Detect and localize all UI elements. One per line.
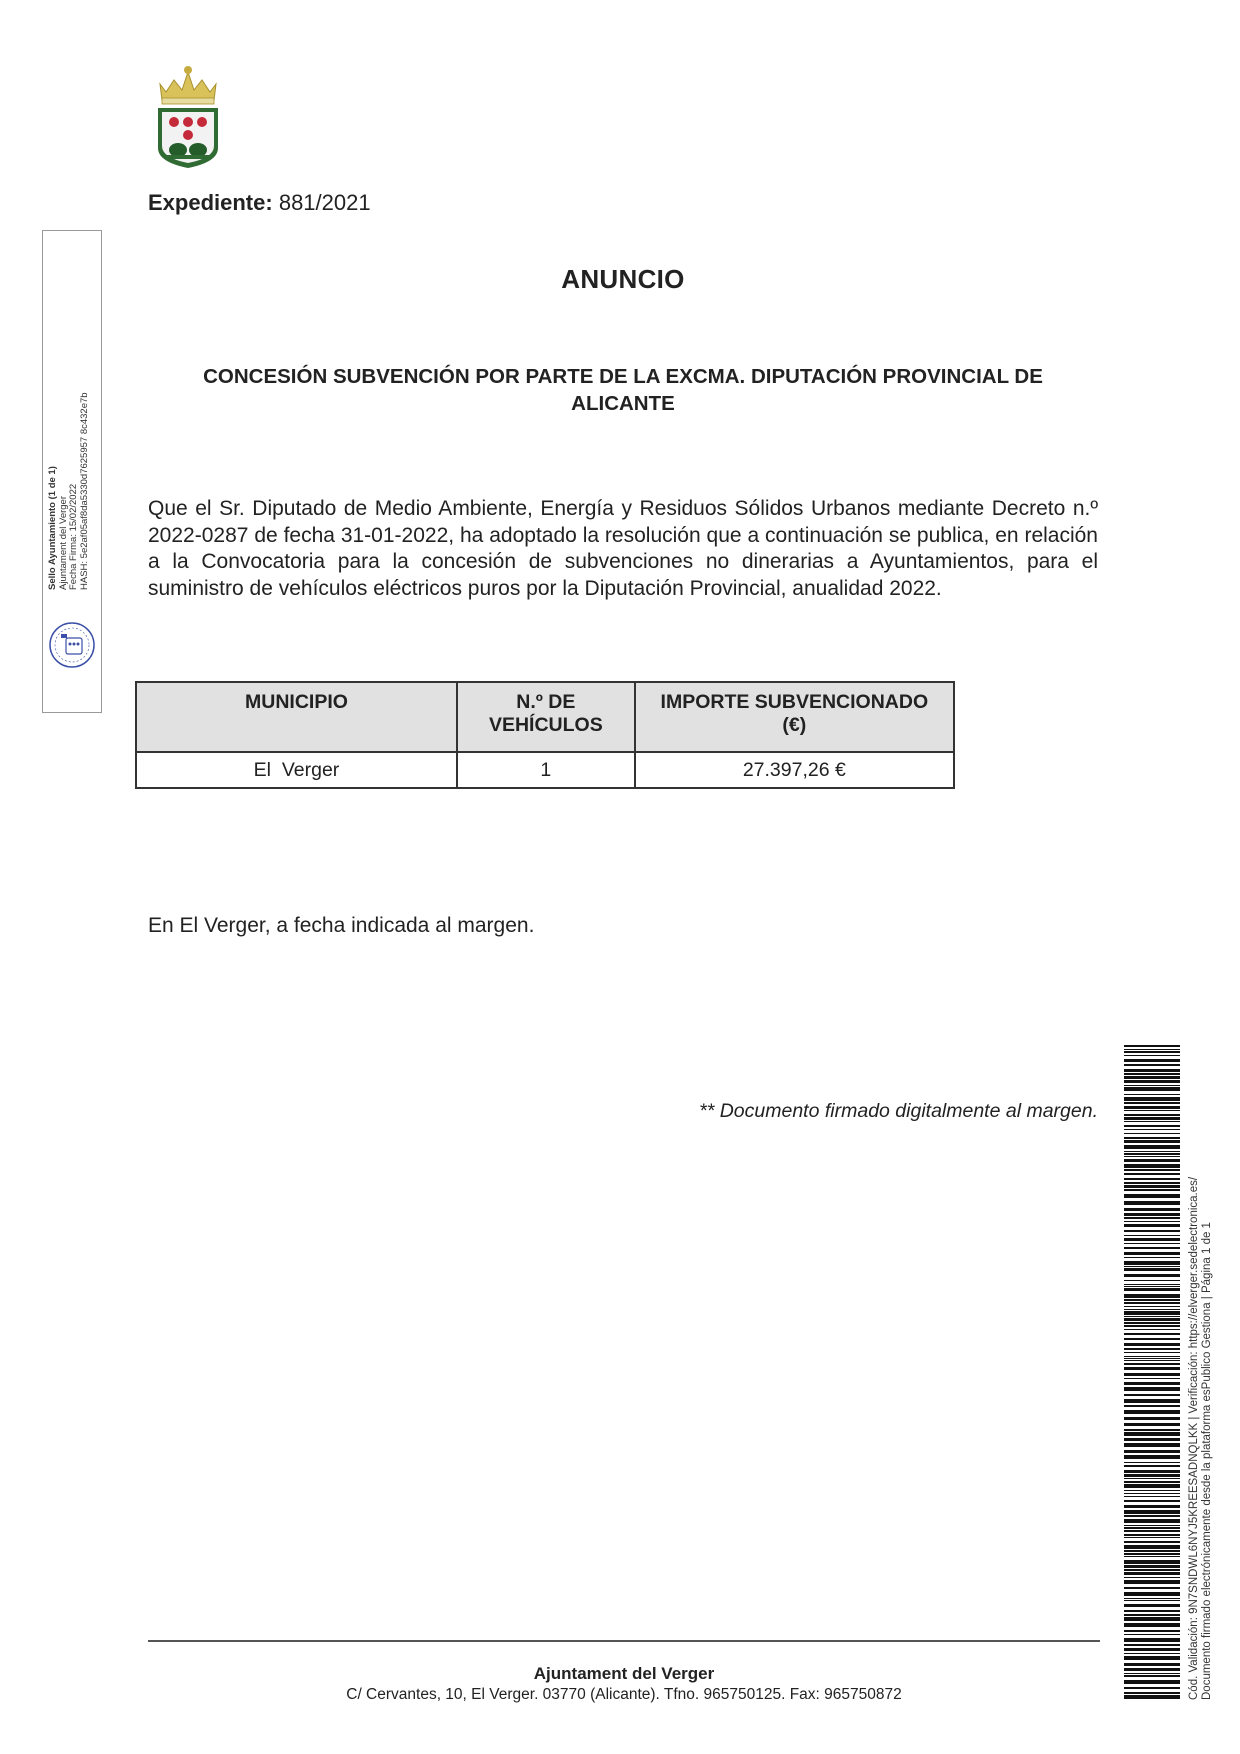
cell-municipio: El Verger (136, 752, 457, 788)
cell-importe: 27.397,26 € (635, 752, 954, 788)
footer-entity-name: Ajuntament del Verger (148, 1664, 1100, 1684)
footer-divider (148, 1640, 1100, 1642)
page-title: ANUNCIO (148, 264, 1098, 295)
verification-code-line: Cód. Validación: 9N7SNDWL6NYJ5KREESADNQL… (1188, 1040, 1201, 1700)
col-header-municipio: MUNICIPIO (136, 682, 457, 752)
col-header-vehiculos: N.º DEVEHÍCULOS (457, 682, 635, 752)
page-subtitle: CONCESIÓN SUBVENCIÓN POR PARTE DE LA EXC… (148, 363, 1098, 417)
coat-of-arms-icon (152, 62, 224, 170)
cell-vehiculos: 1 (457, 752, 635, 788)
table-row: El Verger 1 27.397,26 € (136, 752, 954, 788)
verification-platform-line: Documento firmado electrónicamente desde… (1201, 1040, 1214, 1700)
stamp-date: Fecha Firma: 15/02/2022 (69, 375, 80, 590)
expediente-label: Expediente: (148, 190, 273, 215)
expediente: Expediente: 881/2021 (148, 190, 371, 216)
barcode-icon (1124, 1045, 1180, 1700)
municipal-seal-icon (47, 620, 97, 670)
table-header-row: MUNICIPIO N.º DEVEHÍCULOS IMPORTE SUBVEN… (136, 682, 954, 752)
stamp-title: Sello Ayuntamiento (1 de 1) (48, 375, 59, 590)
signed-note: ** Documento firmado digitalmente al mar… (699, 1100, 1098, 1123)
stamp-hash: HASH: 5e2af05af8da5330d7625957 8c432e7b (80, 375, 91, 590)
body-paragraph: Que el Sr. Diputado de Medio Ambiente, E… (148, 496, 1098, 602)
expediente-value: 881/2021 (279, 190, 371, 215)
grant-table: MUNICIPIO N.º DEVEHÍCULOS IMPORTE SUBVEN… (135, 681, 955, 789)
verification-text: Cód. Validación: 9N7SNDWL6NYJ5KREESADNQL… (1188, 1040, 1214, 1700)
closing-text: En El Verger, a fecha indicada al margen… (148, 914, 534, 938)
signature-stamp-text: Sello Ayuntamiento (1 de 1) Ajuntament d… (48, 375, 90, 590)
col-header-importe: IMPORTE SUBVENCIONADO(€) (635, 682, 954, 752)
footer-address: C/ Cervantes, 10, El Verger. 03770 (Alic… (148, 1686, 1100, 1704)
